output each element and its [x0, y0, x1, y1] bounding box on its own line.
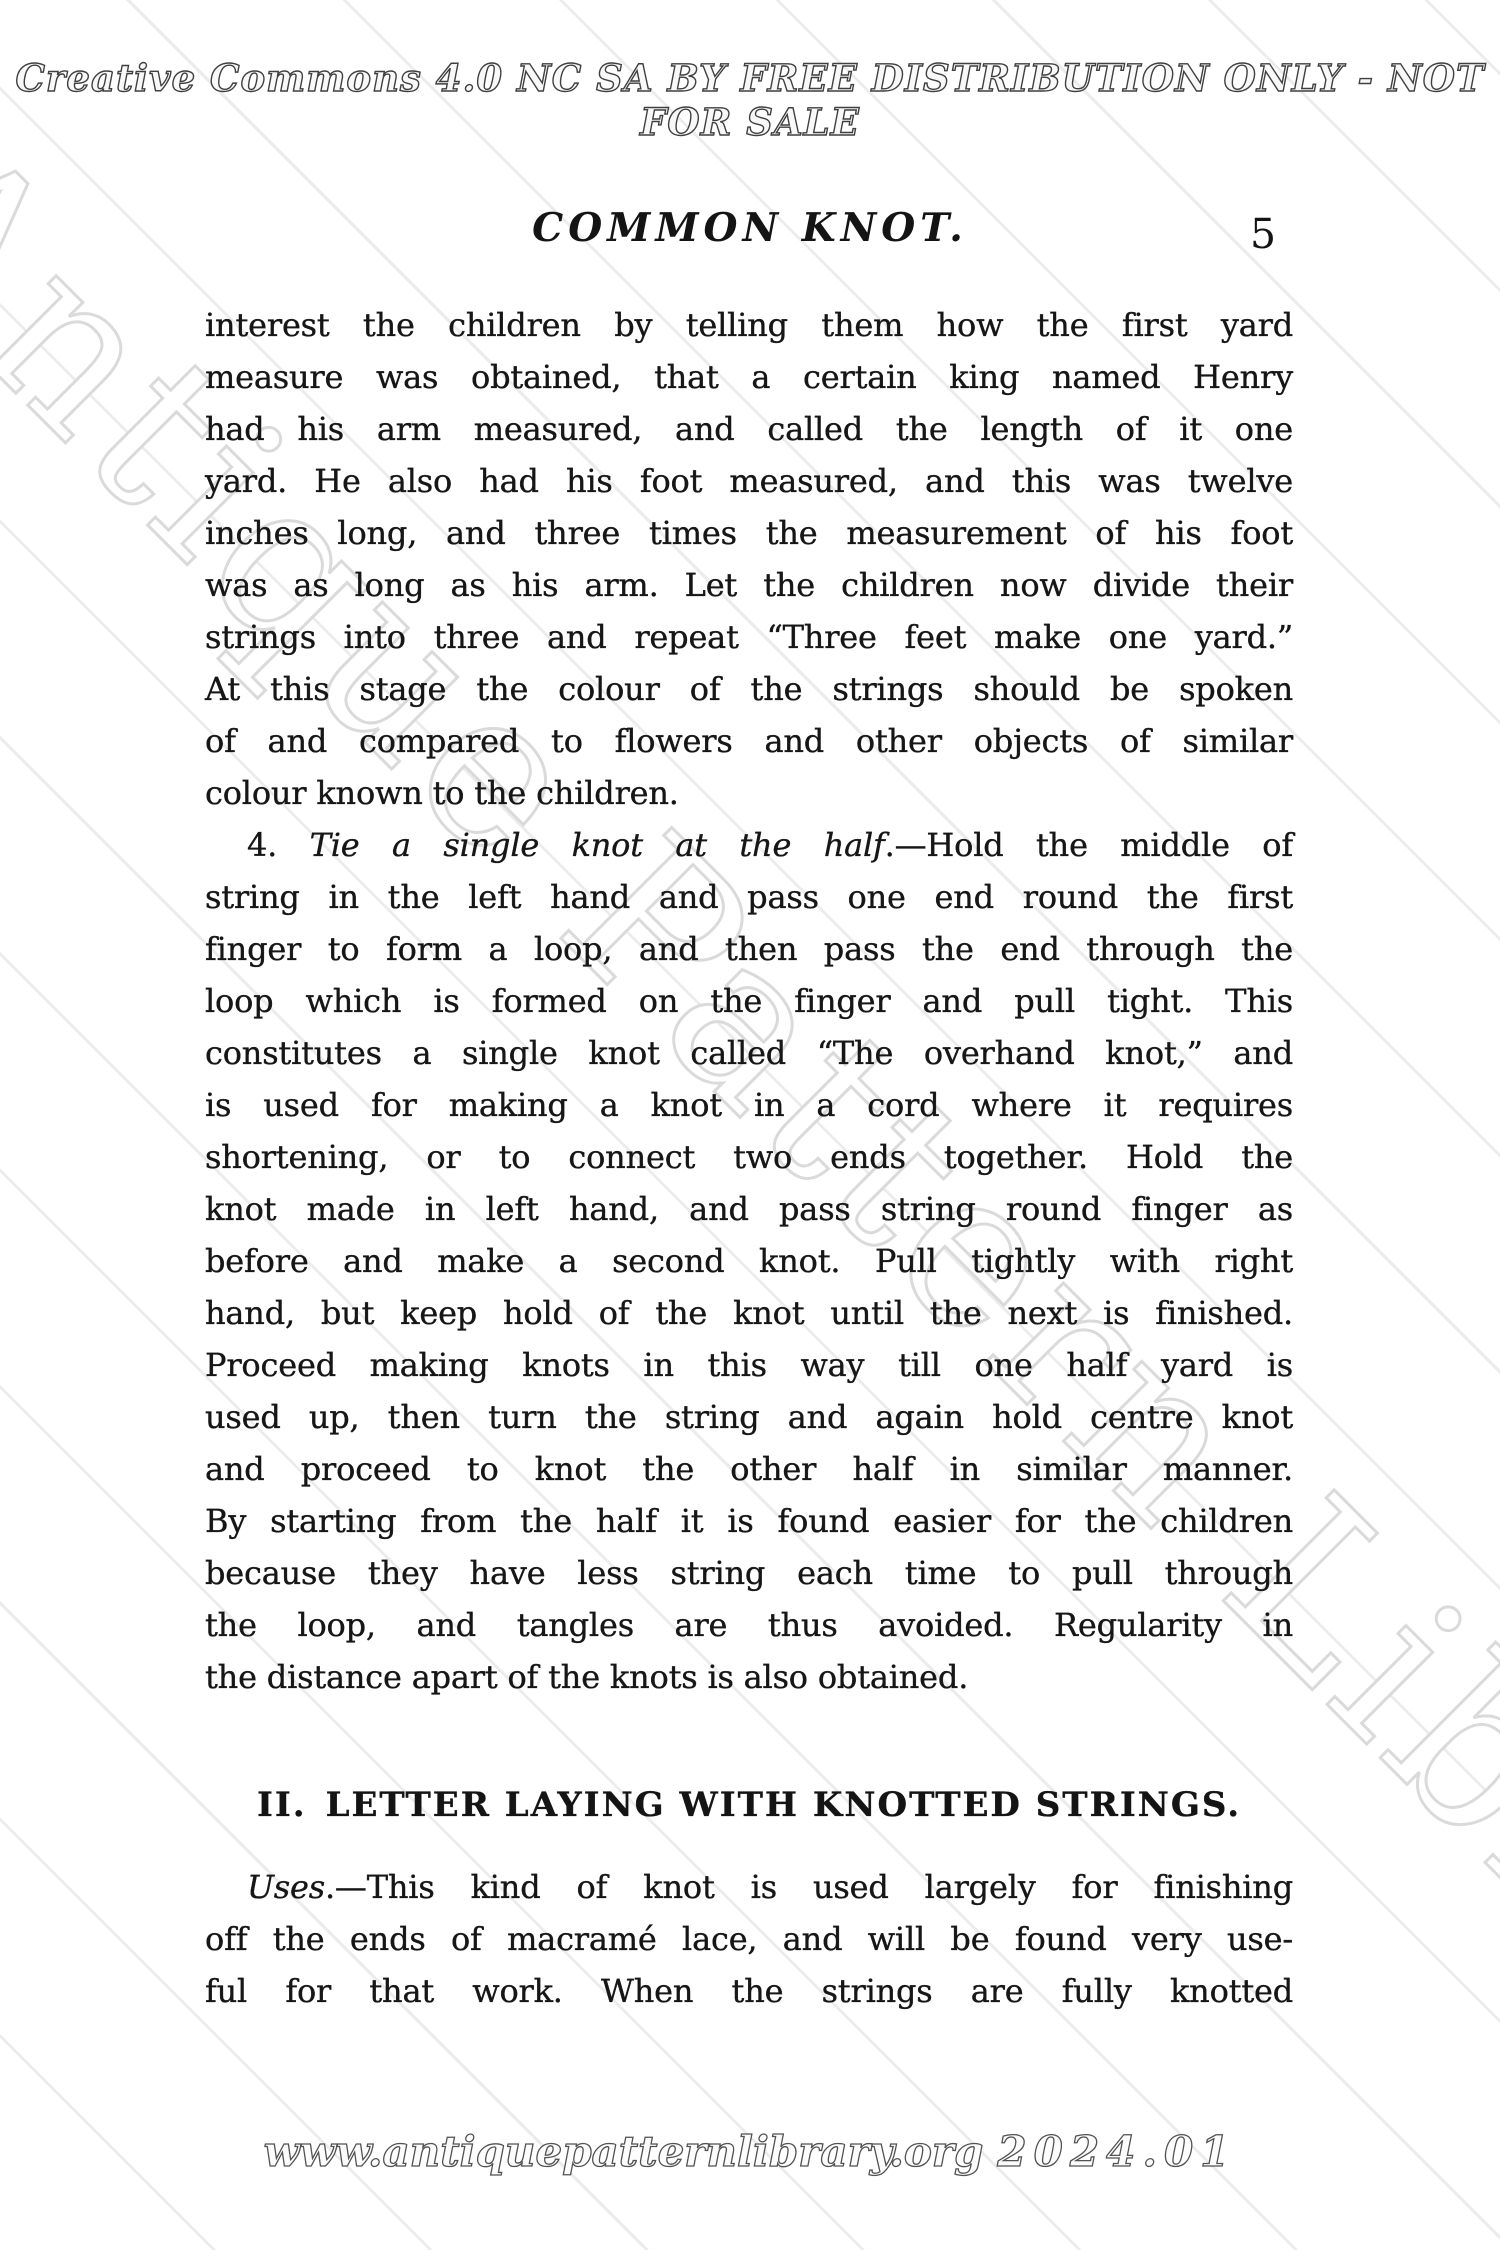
- text-line: 4. Tie a single knot at the half.—Hold t…: [205, 819, 1293, 871]
- text-line: was as long as his arm. Let the children…: [205, 559, 1293, 611]
- text-line: interest the children by telling them ho…: [205, 299, 1293, 351]
- footer-edition: 2024.01: [997, 2127, 1236, 2176]
- text-line: the loop, and tangles are thus avoided. …: [205, 1599, 1293, 1651]
- text-line: inches long, and three times the measure…: [205, 507, 1293, 559]
- footer-credit: www.antiquepatternlibrary.org2024.01: [0, 2126, 1500, 2178]
- text-line: used up, then turn the string and again …: [205, 1391, 1293, 1443]
- text-line: Proceed making knots in this way till on…: [205, 1339, 1293, 1391]
- footer-site: www.antiquepatternlibrary.org: [264, 2127, 984, 2176]
- text-line: constitutes a single knot called “The ov…: [205, 1027, 1293, 1079]
- page-number: 5: [1250, 210, 1276, 258]
- text-line: yard. He also had his foot measured, and…: [205, 455, 1293, 507]
- text-line: measure was obtained, that a certain kin…: [205, 351, 1293, 403]
- text-line: loop which is formed on the finger and p…: [205, 975, 1293, 1027]
- text-line: is used for making a knot in a cord wher…: [205, 1079, 1293, 1131]
- text-line: off the ends of macramé lace, and will b…: [205, 1913, 1293, 1965]
- text-line: of and compared to flowers and other obj…: [205, 715, 1293, 767]
- text-line: before and make a second knot. Pull tigh…: [205, 1235, 1293, 1287]
- page: Antique Pattern Library Creative Commons…: [0, 0, 1500, 2250]
- text-line: strings into three and repeat “Three fee…: [205, 611, 1293, 663]
- paragraph: Uses.—This kind of knot is used largely …: [205, 1861, 1293, 2017]
- text-line: Uses.—This kind of knot is used largely …: [205, 1861, 1293, 1913]
- text-line: had his arm measured, and called the len…: [205, 403, 1293, 455]
- text-line: the distance apart of the knots is also …: [205, 1651, 1293, 1703]
- text-line: and proceed to knot the other half in si…: [205, 1443, 1293, 1495]
- body-text: interest the children by telling them ho…: [205, 299, 1293, 2017]
- text-line: string in the left hand and pass one end…: [205, 871, 1293, 923]
- text-line: By starting from the half it is found ea…: [205, 1495, 1293, 1547]
- text-line: finger to form a loop, and then pass the…: [205, 923, 1293, 975]
- paragraph: interest the children by telling them ho…: [205, 299, 1293, 819]
- text-line: knot made in left hand, and pass string …: [205, 1183, 1293, 1235]
- text-line: At this stage the colour of the strings …: [205, 663, 1293, 715]
- text-line: shortening, or to connect two ends toget…: [205, 1131, 1293, 1183]
- paragraph: 4. Tie a single knot at the half.—Hold t…: [205, 819, 1293, 1703]
- text-line: ful for that work. When the strings are …: [205, 1965, 1293, 2017]
- license-banner: Creative Commons 4.0 NC SA BY FREE DISTR…: [0, 56, 1500, 144]
- section-heading: II. LETTER LAYING WITH KNOTTED STRINGS.: [205, 1783, 1293, 1827]
- text-line: colour known to the children.: [205, 767, 1293, 819]
- text-line: hand, but keep hold of the knot until th…: [205, 1287, 1293, 1339]
- text-line: because they have less string each time …: [205, 1547, 1293, 1599]
